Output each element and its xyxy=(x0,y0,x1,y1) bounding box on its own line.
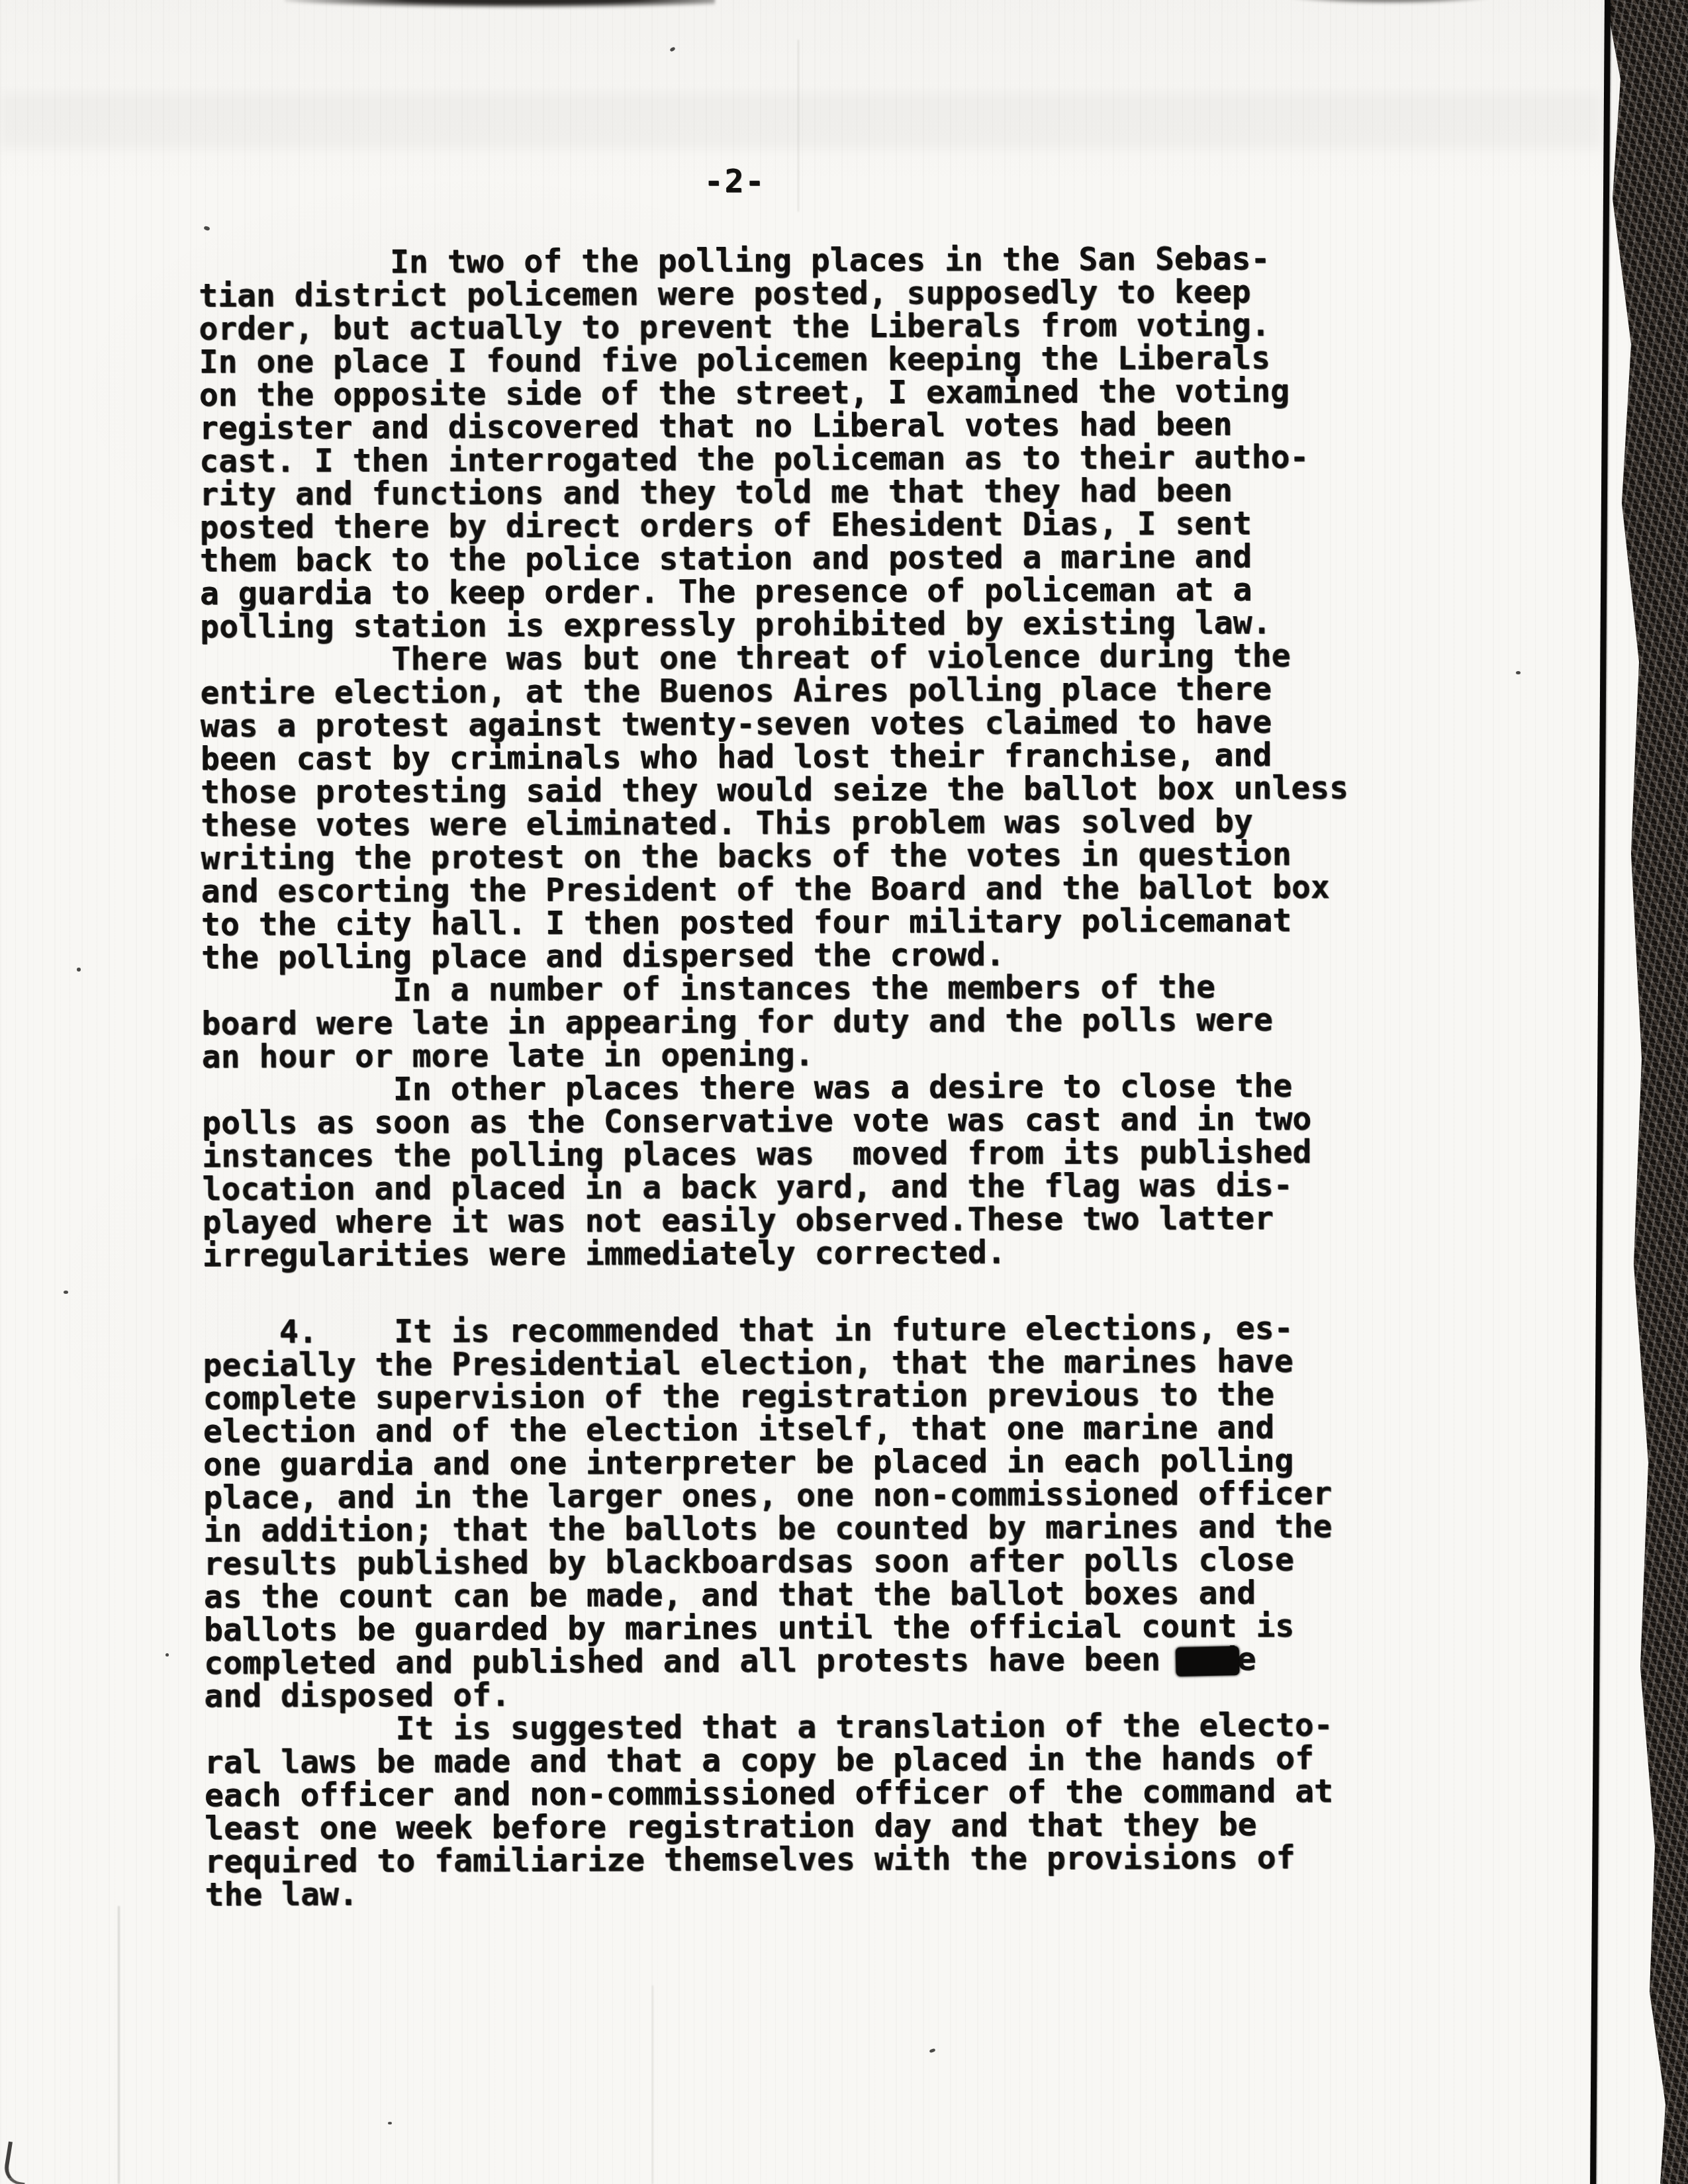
ink-speck xyxy=(64,1291,68,1294)
ink-speck xyxy=(1516,671,1521,674)
text-line: on the opposite side of the street, I ex… xyxy=(199,374,1424,412)
paragraph: It is suggested that a translation of th… xyxy=(205,1708,1430,1911)
paragraph: 4. It is recommended that in future elec… xyxy=(203,1311,1429,1713)
scan-streak xyxy=(118,1906,120,2184)
text-line: cast. I then interrogated the policeman … xyxy=(199,440,1424,478)
ink-speck xyxy=(929,2048,935,2054)
ink-speck xyxy=(388,2122,392,2124)
scan-streak xyxy=(652,1985,653,2184)
text-line: completed and published and all protests… xyxy=(204,1642,1429,1680)
paragraph: In a number of instances the members of … xyxy=(201,970,1427,1073)
ink-blot xyxy=(1176,1646,1240,1676)
ink-speck xyxy=(669,46,675,52)
scan-streak xyxy=(798,40,799,212)
text-line: the polling place and dispersed the crow… xyxy=(201,936,1426,974)
ink-speck xyxy=(77,968,81,972)
paragraph: There was but one threat of violence dur… xyxy=(200,639,1426,974)
page-number: -2- xyxy=(199,163,1271,200)
top-edge-smudge xyxy=(285,0,715,8)
ink-speck xyxy=(165,1653,169,1657)
paragraph: In two of the polling places in the San … xyxy=(199,242,1425,643)
scanned-document-page: -2- In two of the polling places in the … xyxy=(0,0,1688,2184)
book-edge-dark-band xyxy=(1602,0,1688,2184)
top-edge-smudge-right xyxy=(1291,0,1489,4)
paragraph: In other places there was a desire to cl… xyxy=(202,1069,1427,1272)
page-edge-line xyxy=(1590,0,1611,2184)
bottom-left-hook-mark xyxy=(2,2142,30,2184)
text-line: irregularities were immediately correcte… xyxy=(203,1234,1427,1272)
text-line: board were late in appearing for duty an… xyxy=(201,1003,1426,1040)
text-line: played where it was not easily observed.… xyxy=(203,1201,1427,1239)
typewritten-text-block: In two of the polling places in the San … xyxy=(199,242,1430,1911)
text-line: required to familiarize themselves with … xyxy=(205,1841,1429,1878)
ink-speck xyxy=(203,226,211,232)
scanner-gray-band xyxy=(0,93,1602,149)
text-line: to the city hall. I then posted four mil… xyxy=(201,903,1426,941)
